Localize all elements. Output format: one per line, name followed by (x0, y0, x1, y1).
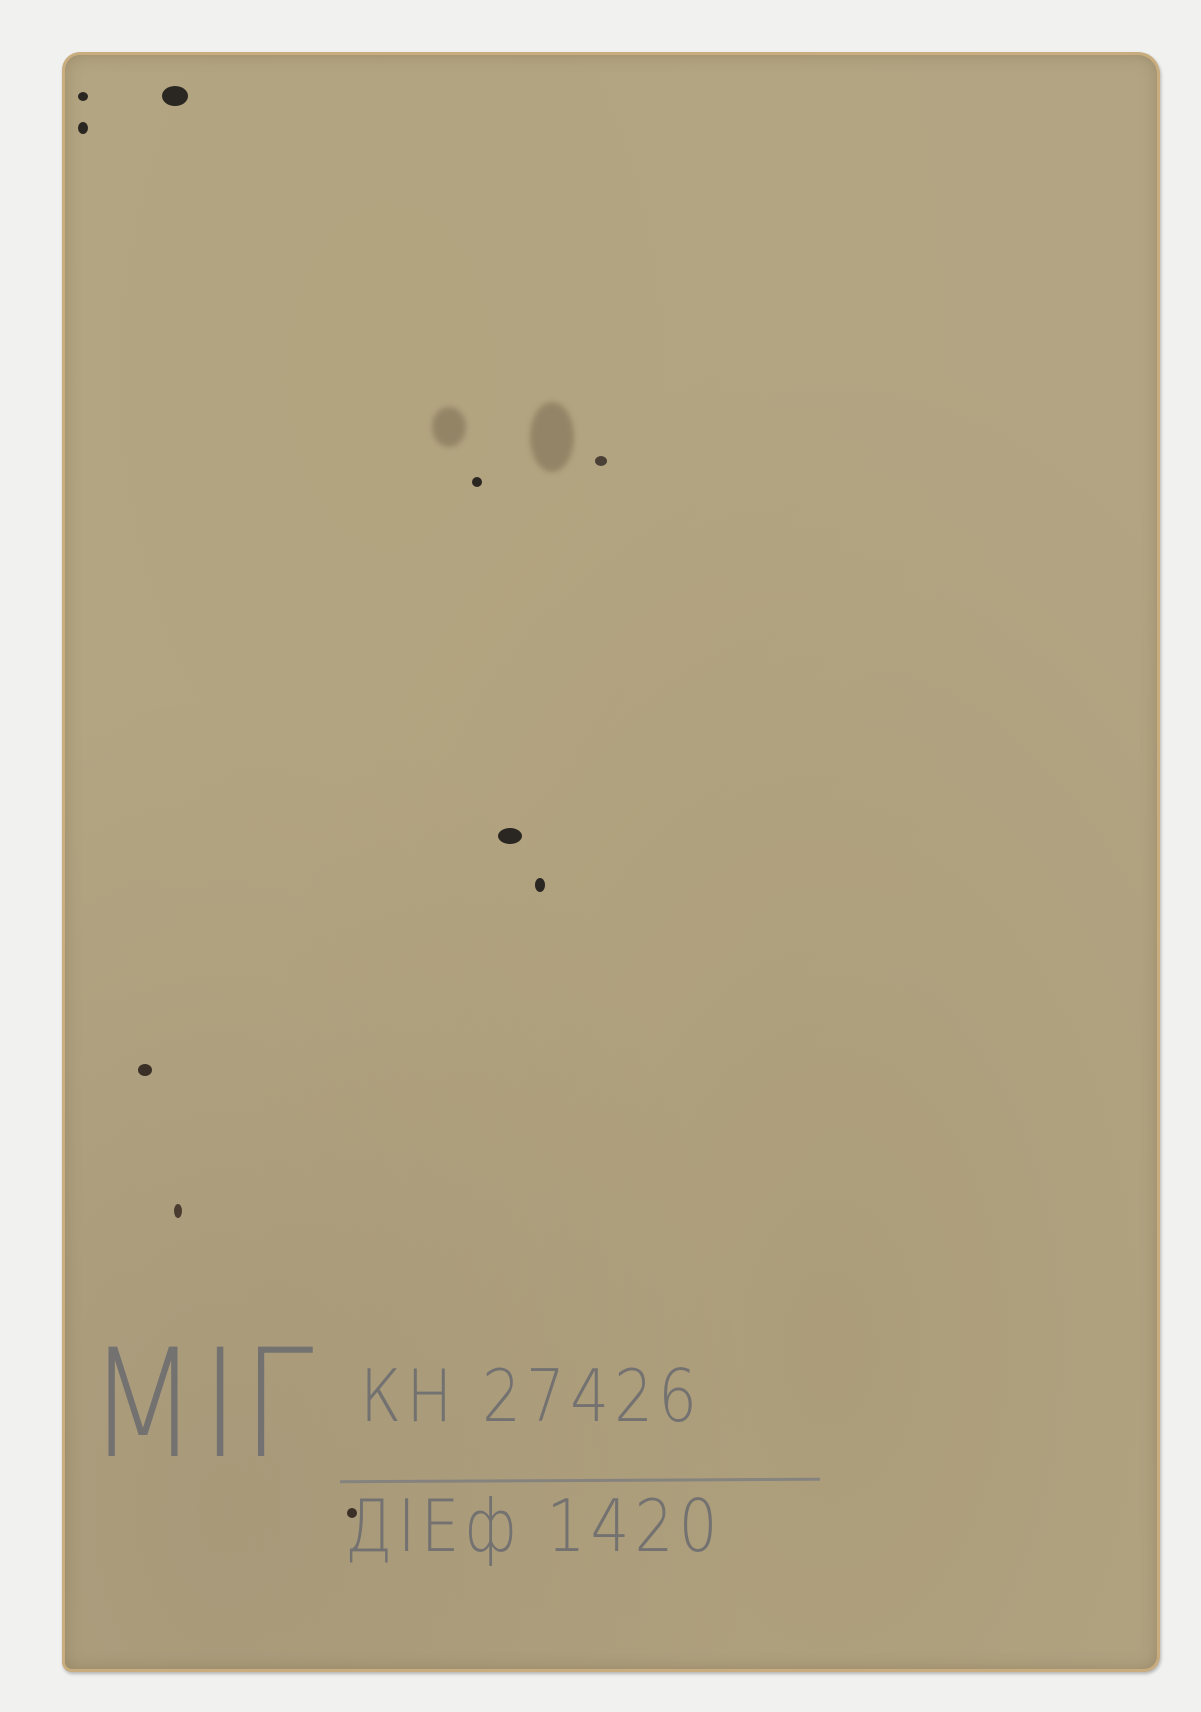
ink-stain (472, 477, 482, 487)
inventory-number-inscription: КН 27426 (360, 1360, 702, 1432)
ink-stain (595, 456, 607, 466)
ink-stain (174, 1204, 182, 1218)
fund-number-inscription: ДІЕф 1420 (345, 1490, 723, 1562)
fingerprint-smudge (432, 407, 466, 447)
ink-stain (162, 86, 188, 106)
ink-stain (535, 878, 545, 892)
collection-mark-inscription: МІГ (88, 1330, 317, 1480)
ink-stain (138, 1064, 152, 1076)
ink-stain (78, 92, 88, 101)
fingerprint-smudge (530, 402, 574, 472)
ink-stain (78, 122, 88, 134)
ink-stain (498, 828, 522, 844)
